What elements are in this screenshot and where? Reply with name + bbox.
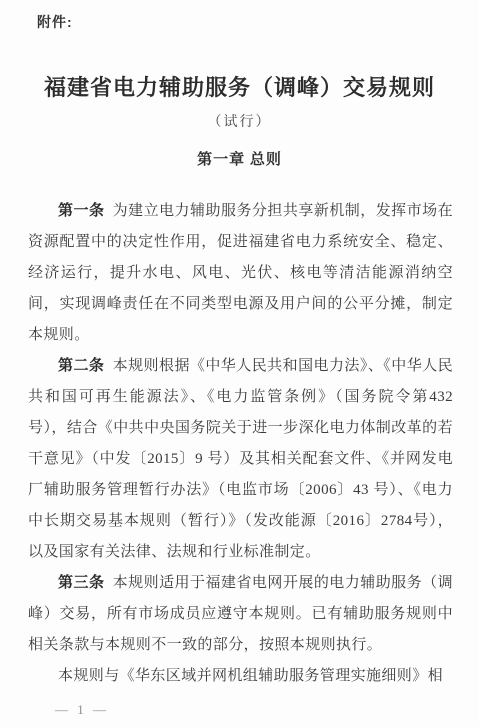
paragraph-text: 为建立电力辅助服务分担共享新机制，发挥市场在资源配置中的决定性作用，促进福建省电… <box>28 203 453 343</box>
paragraph: 本规则与《华东区域并网机组辅助服务管理实施细则》相 <box>28 661 453 692</box>
paragraph-text: 本规则与《华东区域并网机组辅助服务管理实施细则》相 <box>58 668 443 684</box>
document-body: 第一条为建立电力辅助服务分担共享新机制，发挥市场在资源配置中的决定性作用，促进福… <box>28 196 453 692</box>
document-title: 福建省电力辅助服务（调峰）交易规则 <box>0 71 479 102</box>
article-number: 第一条 <box>58 203 104 219</box>
document-page: 附件: 福建省电力辅助服务（调峰）交易规则 （试行） 第一章 总则 第一条为建立… <box>0 0 479 727</box>
paragraph-text: 本规则根据《中华人民共和国电力法》、《中华人民共和国可再生能源法》、《电力监管条… <box>28 358 453 560</box>
paragraph: 第一条为建立电力辅助服务分担共享新机制，发挥市场在资源配置中的决定性作用，促进福… <box>28 196 453 351</box>
paragraph: 第三条本规则适用于福建省电网开展的电力辅助服务（调峰）交易，所有市场成员应遵守本… <box>28 568 453 661</box>
article-number: 第二条 <box>58 358 104 374</box>
article-number: 第三条 <box>58 575 104 591</box>
attachment-label: 附件: <box>37 12 73 32</box>
page-number: — 1 — <box>55 702 109 718</box>
chapter-heading: 第一章 总则 <box>0 148 479 169</box>
paragraph: 第二条本规则根据《中华人民共和国电力法》、《中华人民共和国可再生能源法》、《电力… <box>28 351 453 568</box>
document-subtitle: （试行） <box>0 111 479 131</box>
